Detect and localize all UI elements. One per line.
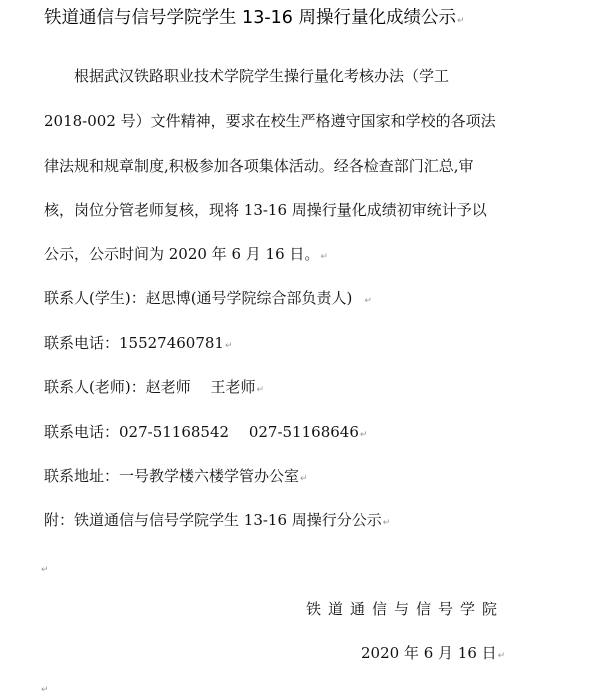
address-line: 联系地址：一号教学楼六楼学管办公室↵	[44, 466, 308, 489]
signature-date-line: 2020 年 6 月 16 日↵	[361, 643, 505, 666]
empty-paragraph: ↵	[40, 677, 49, 695]
paragraph-mark-icon: ↵	[360, 430, 368, 440]
paragraph-mark-icon: ↵	[364, 296, 372, 306]
attachment-line: 附：铁道通信与信号学院学生 13-16 周操行分公示↵	[44, 510, 390, 533]
body-line-5-text: 公示，公示时间为 2020 年 6 月 16 日。	[44, 245, 319, 263]
paragraph-mark-icon: ↵	[256, 385, 264, 395]
student-phone-text: 联系电话：15527460781	[44, 334, 224, 352]
body-line-5: 公示，公示时间为 2020 年 6 月 16 日。↵	[44, 244, 328, 267]
paragraph-mark-icon: ↵	[383, 518, 391, 528]
paragraph-mark-icon: ↵	[320, 252, 328, 262]
attachment-text: 附：铁道通信与信号学院学生 13-16 周操行分公示	[44, 511, 382, 529]
student-contact-line: 联系人(学生)：赵思博(通号学院综合部负责人)↵	[44, 288, 372, 311]
paragraph-mark-icon: ↵	[225, 341, 233, 351]
student-contact-text: 联系人(学生)：赵思博(通号学院综合部负责人)	[44, 289, 352, 307]
address-text: 联系地址：一号教学楼六楼学管办公室	[44, 467, 299, 485]
paragraph-mark-icon: ↵	[41, 685, 49, 695]
body-line-1: 根据武汉铁路职业技术学院学生操行量化考核办法（学工	[74, 66, 449, 86]
body-line-3: 律法规和规章制度,积极参加各项集体活动。经各检查部门汇总,审	[44, 156, 474, 176]
teacher-phone-text: 联系电话：027-51168542 027-51168646	[44, 423, 359, 441]
paragraph-mark-icon: ↵	[457, 16, 465, 26]
title-text: 铁道通信与信号学院学生 13-16 周操行量化成绩公示	[44, 8, 456, 28]
teacher-phone-line: 联系电话：027-51168542 027-51168646↵	[44, 422, 367, 445]
teacher-contact-line: 联系人(老师)：赵老师 王老师↵	[44, 377, 264, 400]
document-title: 铁道通信与信号学院学生 13-16 周操行量化成绩公示↵	[44, 6, 465, 33]
paragraph-mark-icon: ↵	[498, 651, 506, 661]
empty-paragraph: ↵	[40, 557, 49, 580]
signature-organization: 铁道通信与信号学院	[306, 599, 504, 619]
student-phone-line: 联系电话：15527460781↵	[44, 333, 233, 356]
paragraph-mark-icon: ↵	[300, 474, 308, 484]
paragraph-mark-icon: ↵	[41, 565, 49, 575]
body-line-4: 核，岗位分管老师复核，现将 13-16 周操行量化成绩初审统计予以	[44, 200, 487, 220]
signature-date-text: 2020 年 6 月 16 日	[361, 644, 497, 662]
body-line-2: 2018-002 号）文件精神，要求在校生严格遵守国家和学校的各项法	[44, 111, 496, 131]
teacher-contact-text: 联系人(老师)：赵老师 王老师	[44, 378, 255, 396]
